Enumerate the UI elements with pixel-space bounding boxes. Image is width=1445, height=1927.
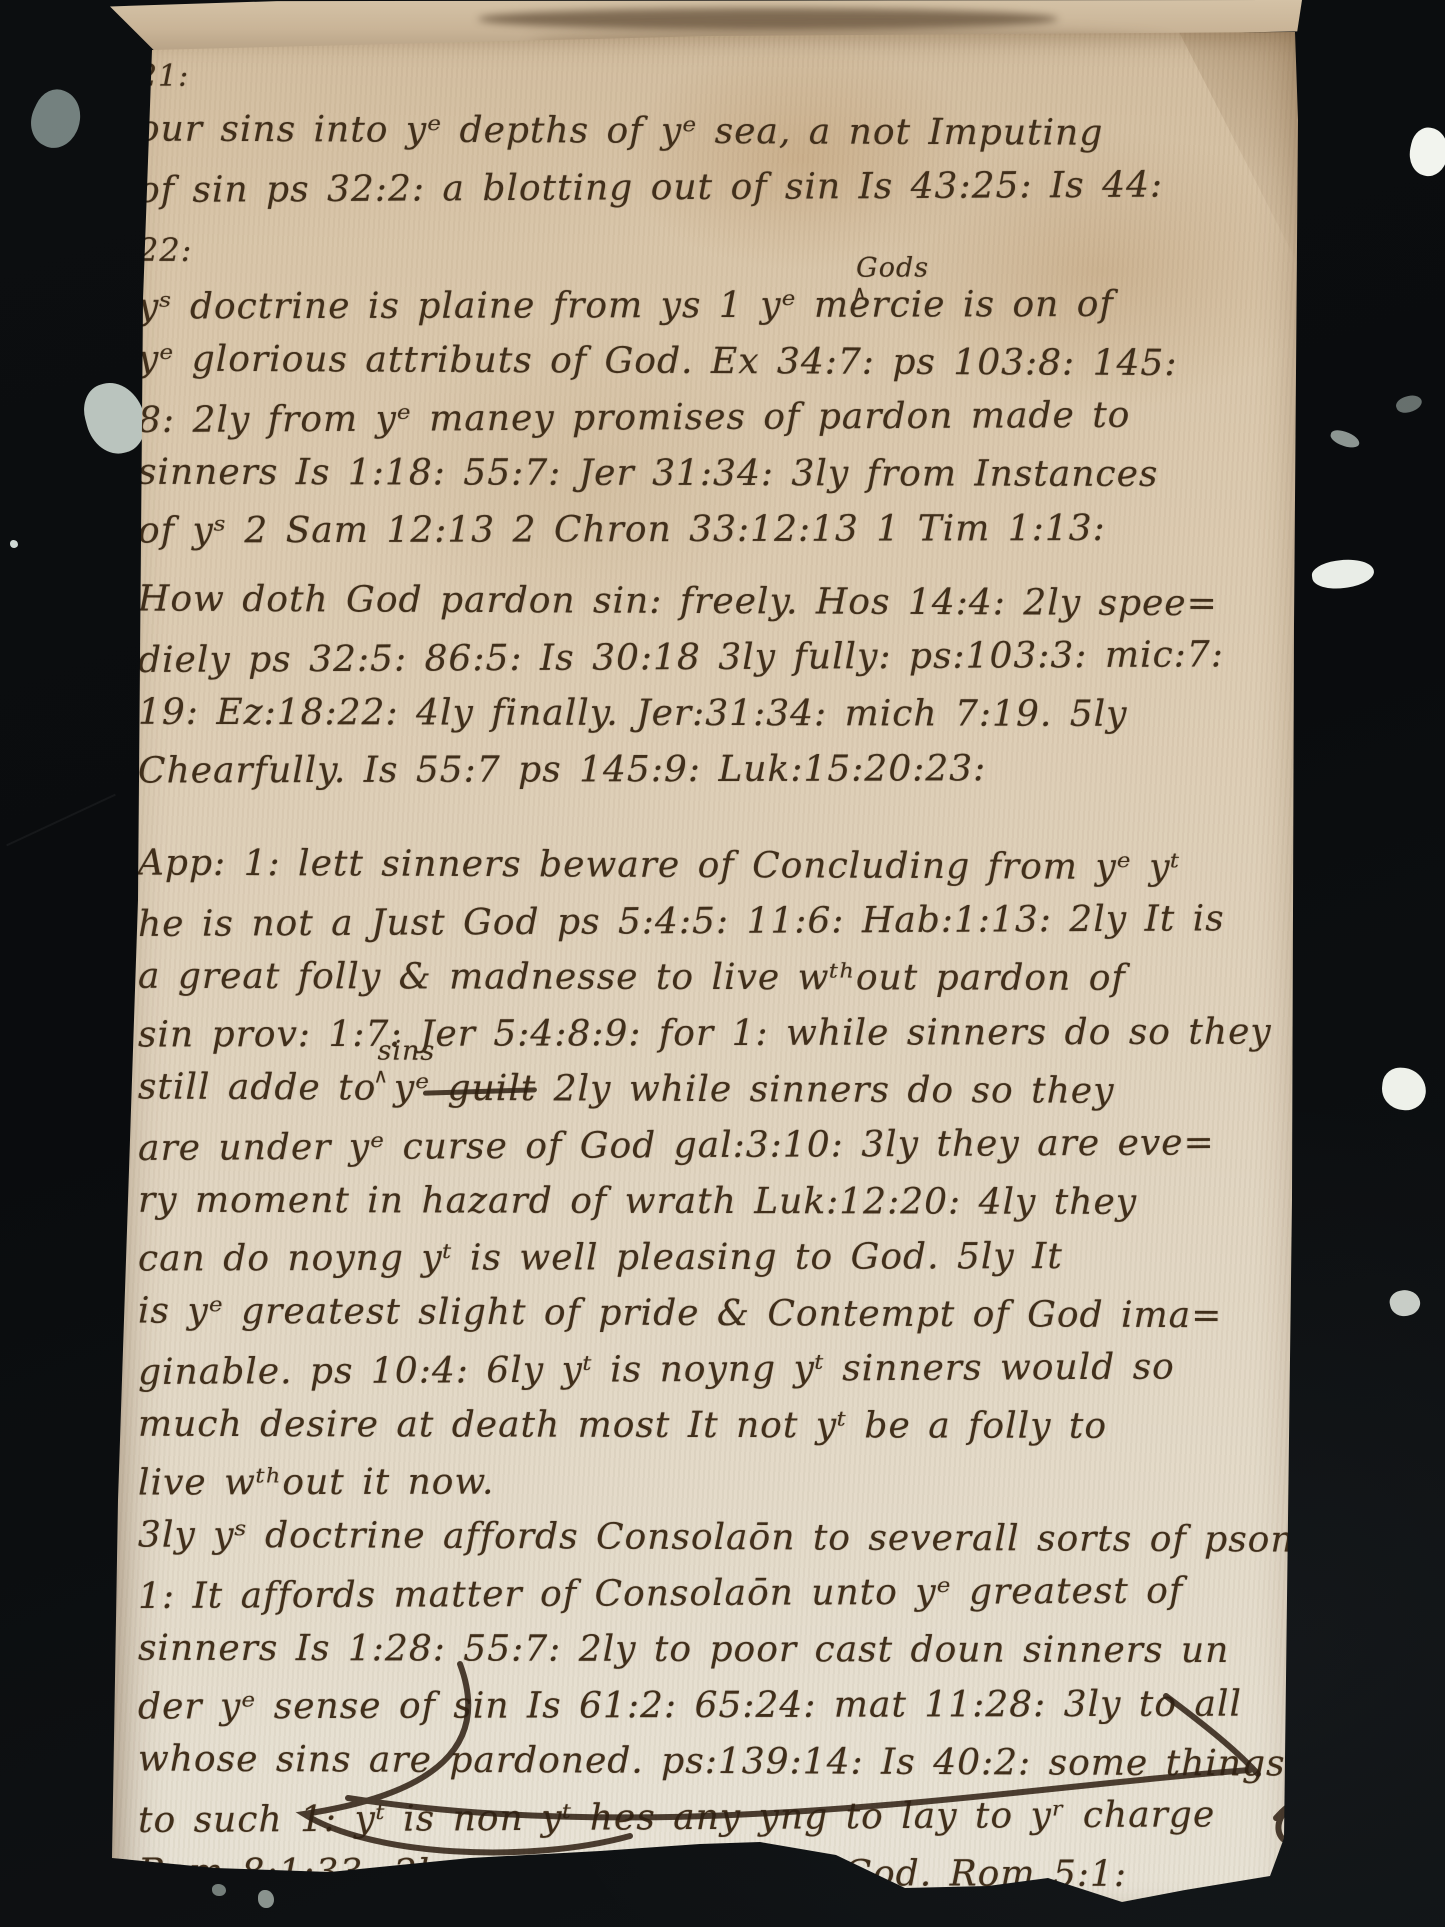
paint-speck bbox=[1405, 125, 1445, 180]
manuscript-line: 3ly yˢ doctrine affords Consolaōn to sev… bbox=[138, 1500, 1278, 1561]
manuscript-line: to such 1: yᵗ is non yᵗ hes any yng to l… bbox=[138, 1779, 1278, 1841]
page-number: 21: bbox=[138, 38, 1278, 99]
paint-speck bbox=[1394, 392, 1424, 416]
paint-speck bbox=[1380, 1066, 1428, 1112]
paint-speck bbox=[1310, 556, 1375, 592]
paint-speck bbox=[258, 1890, 274, 1908]
manuscript-line: sinners Is 1:28: 55:7: 2ly to poor cast … bbox=[138, 1613, 1278, 1671]
manuscript-line: yᵉ glorious attributs of God. Ex 34:7: p… bbox=[138, 324, 1278, 385]
manuscript-line: he is not a Just God ps 5:4:5: 11:6: Hab… bbox=[138, 883, 1278, 945]
manuscript-line: 19: Ez:18:22: 4ly finally. Jer:31:34: mi… bbox=[138, 677, 1278, 735]
photo-of-manuscript: 21: our sins into yᵉ depths of yᵉ sea, a… bbox=[0, 0, 1445, 1927]
manuscript-lines: our sins into yᵉ depths of yᵉ sea, a not… bbox=[138, 96, 1278, 1894]
manuscript-line: still adde to yᵉ guilt 2ly while sinners… bbox=[138, 1052, 1278, 1113]
manuscript-line: 1: It affords matter of Consolaōn unto y… bbox=[138, 1555, 1278, 1617]
manuscript-line: sinners Is 1:18: 55:7: Jer 31:34: 3ly fr… bbox=[138, 437, 1278, 495]
paint-speck bbox=[78, 376, 153, 461]
manuscript-line: whose sins are pardoned. ps:139:14: Is 4… bbox=[138, 1724, 1278, 1785]
manuscript-line: Rom 8:1:33: 2ly ye have peace wᵗʰ God. R… bbox=[138, 1837, 1278, 1895]
interlinear-insertion: sins bbox=[377, 1037, 435, 1067]
manuscript-line: sin prov: 1:7: Jer 5:4:8:9: for 1: while… bbox=[138, 997, 1278, 1056]
manuscript-line: much desire at death most It not yᵗ be a… bbox=[138, 1389, 1278, 1447]
scratch-mark bbox=[6, 794, 116, 847]
manuscript-line: our sins into yᵉ depths of yᵉ sea, a not… bbox=[138, 94, 1278, 155]
manuscript-line: 8: 2ly from yᵉ maney promises of pardon … bbox=[138, 379, 1278, 441]
ink-smudge bbox=[478, 8, 1058, 30]
manuscript-line: diely ps 32:5: 86:5: Is 30:18 3ly fully:… bbox=[138, 619, 1278, 681]
manuscript-line: ginable. ps 10:4: 6ly yᵗ is noyng yᵗ sin… bbox=[138, 1331, 1278, 1393]
paint-speck bbox=[1388, 1287, 1423, 1319]
manuscript-line: can do noyng yᵗ is well pleasing to God.… bbox=[138, 1221, 1278, 1280]
manuscript-page: 21: our sins into yᵉ depths of yᵉ sea, a… bbox=[108, 26, 1304, 1911]
manuscript-line: is yᵉ greatest slight of pride & Contemp… bbox=[138, 1276, 1278, 1337]
manuscript-line: of yˢ 2 Sam 12:13 2 Chron 33:12:13 1 Tim… bbox=[138, 493, 1278, 552]
manuscript-line: are under yᵉ curse of God gal:3:10: 3ly … bbox=[138, 1107, 1278, 1169]
manuscript-line: ry moment in hazard of wrath Luk:12:20: … bbox=[138, 1165, 1278, 1223]
strike-mark bbox=[423, 1087, 537, 1095]
manuscript-text: 21: our sins into yᵉ depths of yᵉ sea, a… bbox=[138, 40, 1278, 1894]
paint-speck bbox=[212, 1884, 226, 1896]
manuscript-line: der yᵉ sense of sin Is 61:2: 65:24: mat … bbox=[138, 1669, 1278, 1728]
manuscript-line: 22: bbox=[138, 213, 1278, 271]
manuscript-line: App: 1: lett sinners beware of Concludin… bbox=[138, 828, 1278, 889]
paint-speck bbox=[1329, 428, 1362, 451]
manuscript-line: a great folly & madnesse to live wᵗʰout … bbox=[138, 941, 1278, 999]
paint-speck bbox=[22, 83, 90, 156]
interlinear-insertion: Gods bbox=[856, 253, 929, 283]
manuscript-line: of sin ps 32:2: a blotting out of sin Is… bbox=[138, 149, 1278, 211]
paint-speck bbox=[10, 540, 18, 548]
manuscript-line: yˢ doctrine is plaine from ys 1 yᵉ merci… bbox=[138, 269, 1278, 328]
manuscript-line: How doth God pardon sin: freely. Hos 14:… bbox=[138, 564, 1278, 625]
manuscript-line: Chearfully. Is 55:7 ps 145:9: Luk:15:20:… bbox=[138, 733, 1278, 792]
manuscript-line: live wᵗʰout it now. bbox=[138, 1445, 1278, 1504]
